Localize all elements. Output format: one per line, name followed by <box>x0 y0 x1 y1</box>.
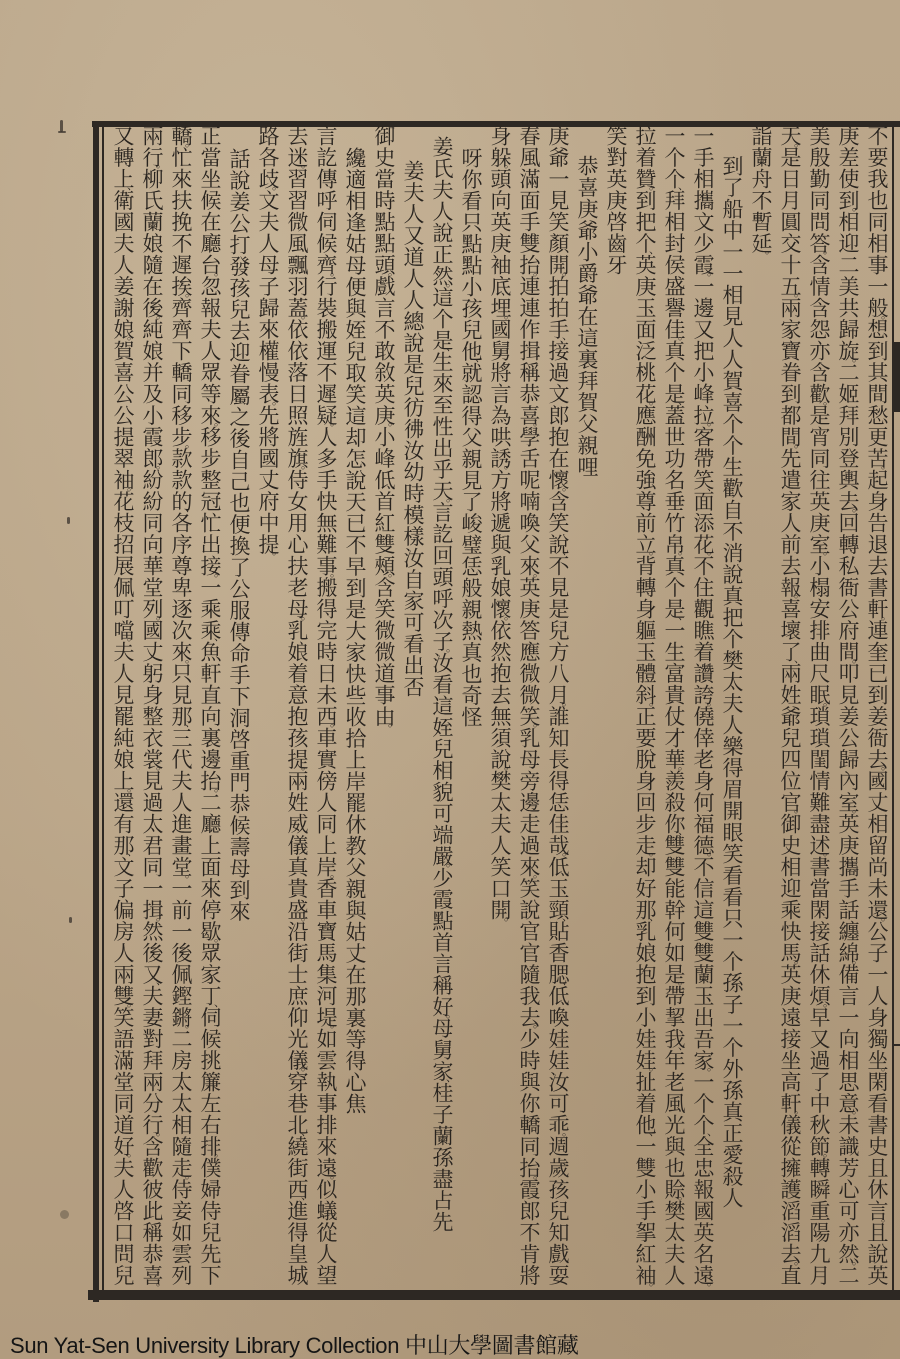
text-column-1: 不要我也同相事一般。想到其間愁更苦。起身告退去書軒。連奎已到姜衙去。國丈相留尚未… <box>862 125 891 1290</box>
text-column-20: 言訖傳呼伺候齊。行裝搬運不遲疑。人多手快無難事。搬得完時日未西。車實傍人同上岸。… <box>311 125 340 1290</box>
text-column-4: 天。是日月圓交十五。兩家寶眷到都間。先遣家人前去報。喜壞了、兩姓爺兒四位官。御史… <box>775 125 804 1290</box>
text-column-27: 又轉上、衛國夫人姜謝娘。賀喜公公提翠袖。花枝招展佩叮噹。夫人見罷純娘上。還有那、… <box>108 125 137 1290</box>
text-column-3: 美殷勤同問答。含情含怨亦含歡。是宵同往英庚室。小榻安排曲尺眠。瑣瑣閨情難盡述。書… <box>804 125 833 1290</box>
text-column-10: 笑對英庚啓齒牙 <box>601 125 630 1290</box>
text-column-17: 姜夫人又道人人總說是兒彷彿汝幼時模樣汝自家可看出否 <box>398 160 427 1325</box>
margin-mark <box>67 517 70 524</box>
text-column-2: 庚差使到。相迎二美共歸旋。二姬拜別登輿去。回轉私衙公府間。叩見姜公歸內室。英庚攜… <box>833 125 862 1290</box>
text-column-6: 到了船中一一相見人人賀喜个个生歡自不消說真把个樊太夫人樂得眉開眼笑看看只一个孫子… <box>717 155 746 1320</box>
margin-mark <box>69 917 72 923</box>
text-column-7: 一手相攜文少霞。一邊又把小峰拉。客帶笑、面添花。不住觀瞧着讚誇。僥倖老身何福德。… <box>688 125 717 1290</box>
text-column-16: 姜氏夫人說正然。這个是、生來至性出乎天。言訖回頭呼次子。汝看這姪兒相貌可端嚴。少… <box>427 136 456 1301</box>
text-column-12: 庚爺一見笑顏開。拍拍手、接過文郎抱在懷。含笑說、不見是兒方八月。誰知長得恁佳哉。… <box>543 125 572 1290</box>
text-column-15: 呀你看只點點小孩兒他、就認得父親見了峻璧恁般親熱真也奇怪 <box>456 147 485 1312</box>
margin-mark <box>58 131 66 133</box>
text-column-18: 御史當時點點頭。戲言不敢敘英庚。小峰低首紅雙頰。含笑微微道事由。 <box>369 125 398 1290</box>
fold-edge-rule <box>892 127 894 1290</box>
text-column-23: 話說姜公打發孩兒去迎眷屬之後自己也便換了公服傳命手下洞啓重門恭候壽母到來 <box>224 148 253 1313</box>
fold-edge-tick <box>893 1044 900 1046</box>
text-column-26: 兩行。柳氏蘭娘隨在後。純娘并及小霞郎。紛紛同向華堂列。國丈躬身整衣裳。見過太君同… <box>137 125 166 1290</box>
text-column-14: 身躲。頭向英庚袖底埋。國舅將言為哄誘。方將遞與乳娘懷。依然抱去無須說。樊太夫人笑… <box>485 125 514 1290</box>
frame-bottom-rule <box>88 1290 900 1300</box>
text-column-19: 纔適相逢姑母便與姪兒取笑這却怎說天已不早到是大家快些收拾上岸罷休教父親與姑丈在那… <box>340 147 369 1312</box>
fishtail-block <box>893 342 900 412</box>
text-column-24: 正當坐候在廳台。忽報夫人眾等來。移步整冠忙出接。一乘乘、魚軒直向裏邊抬。二廳上面… <box>195 125 224 1290</box>
frame-left-rule-outer <box>93 121 99 1302</box>
frame-left-rule-inner <box>102 127 104 1291</box>
text-column-21: 去迷。習習微風飄羽蓋。依依落日照旌旗。侍女用心扶老母。乳娘着意抱孩提。兩姓威儀真… <box>282 125 311 1290</box>
text-column-25: 轎。忙來扶挽不遲挨。齊齊下轎同移步。款款的、各序尊卑逐次來。只見那、三代夫人進畫… <box>166 125 195 1290</box>
margin-mark <box>60 1210 69 1219</box>
text-column-22: 路各歧。文夫人母子歸來權慢表。先將國丈府中提。 <box>253 125 282 1290</box>
text-column-8: 一个个、拜相封侯盛譽佳。真个是、蓋世功名垂竹帛。真个是、一生富貴仗才華。羨殺你、… <box>659 125 688 1290</box>
text-column-9: 拉着贊。到把个、英庚玉面泛桃花。應酬免強尊前立。背轉身軀玉體斜。正要脫身回步走。… <box>630 125 659 1290</box>
text-column-5: 詣蘭舟不暫延。 <box>746 125 775 1290</box>
text-column-13: 春風滿面手雙抬。連連作揖稱恭喜。學舌呢喃喚父來。英庚答應微微笑。乳母旁邊走過來。… <box>514 125 543 1290</box>
collection-credit: Sun Yat-Sen University Library Collectio… <box>10 1329 579 1359</box>
text-column-11: 恭喜庚爺小爵爺在這裏拜賀父親哩 <box>572 155 601 1320</box>
